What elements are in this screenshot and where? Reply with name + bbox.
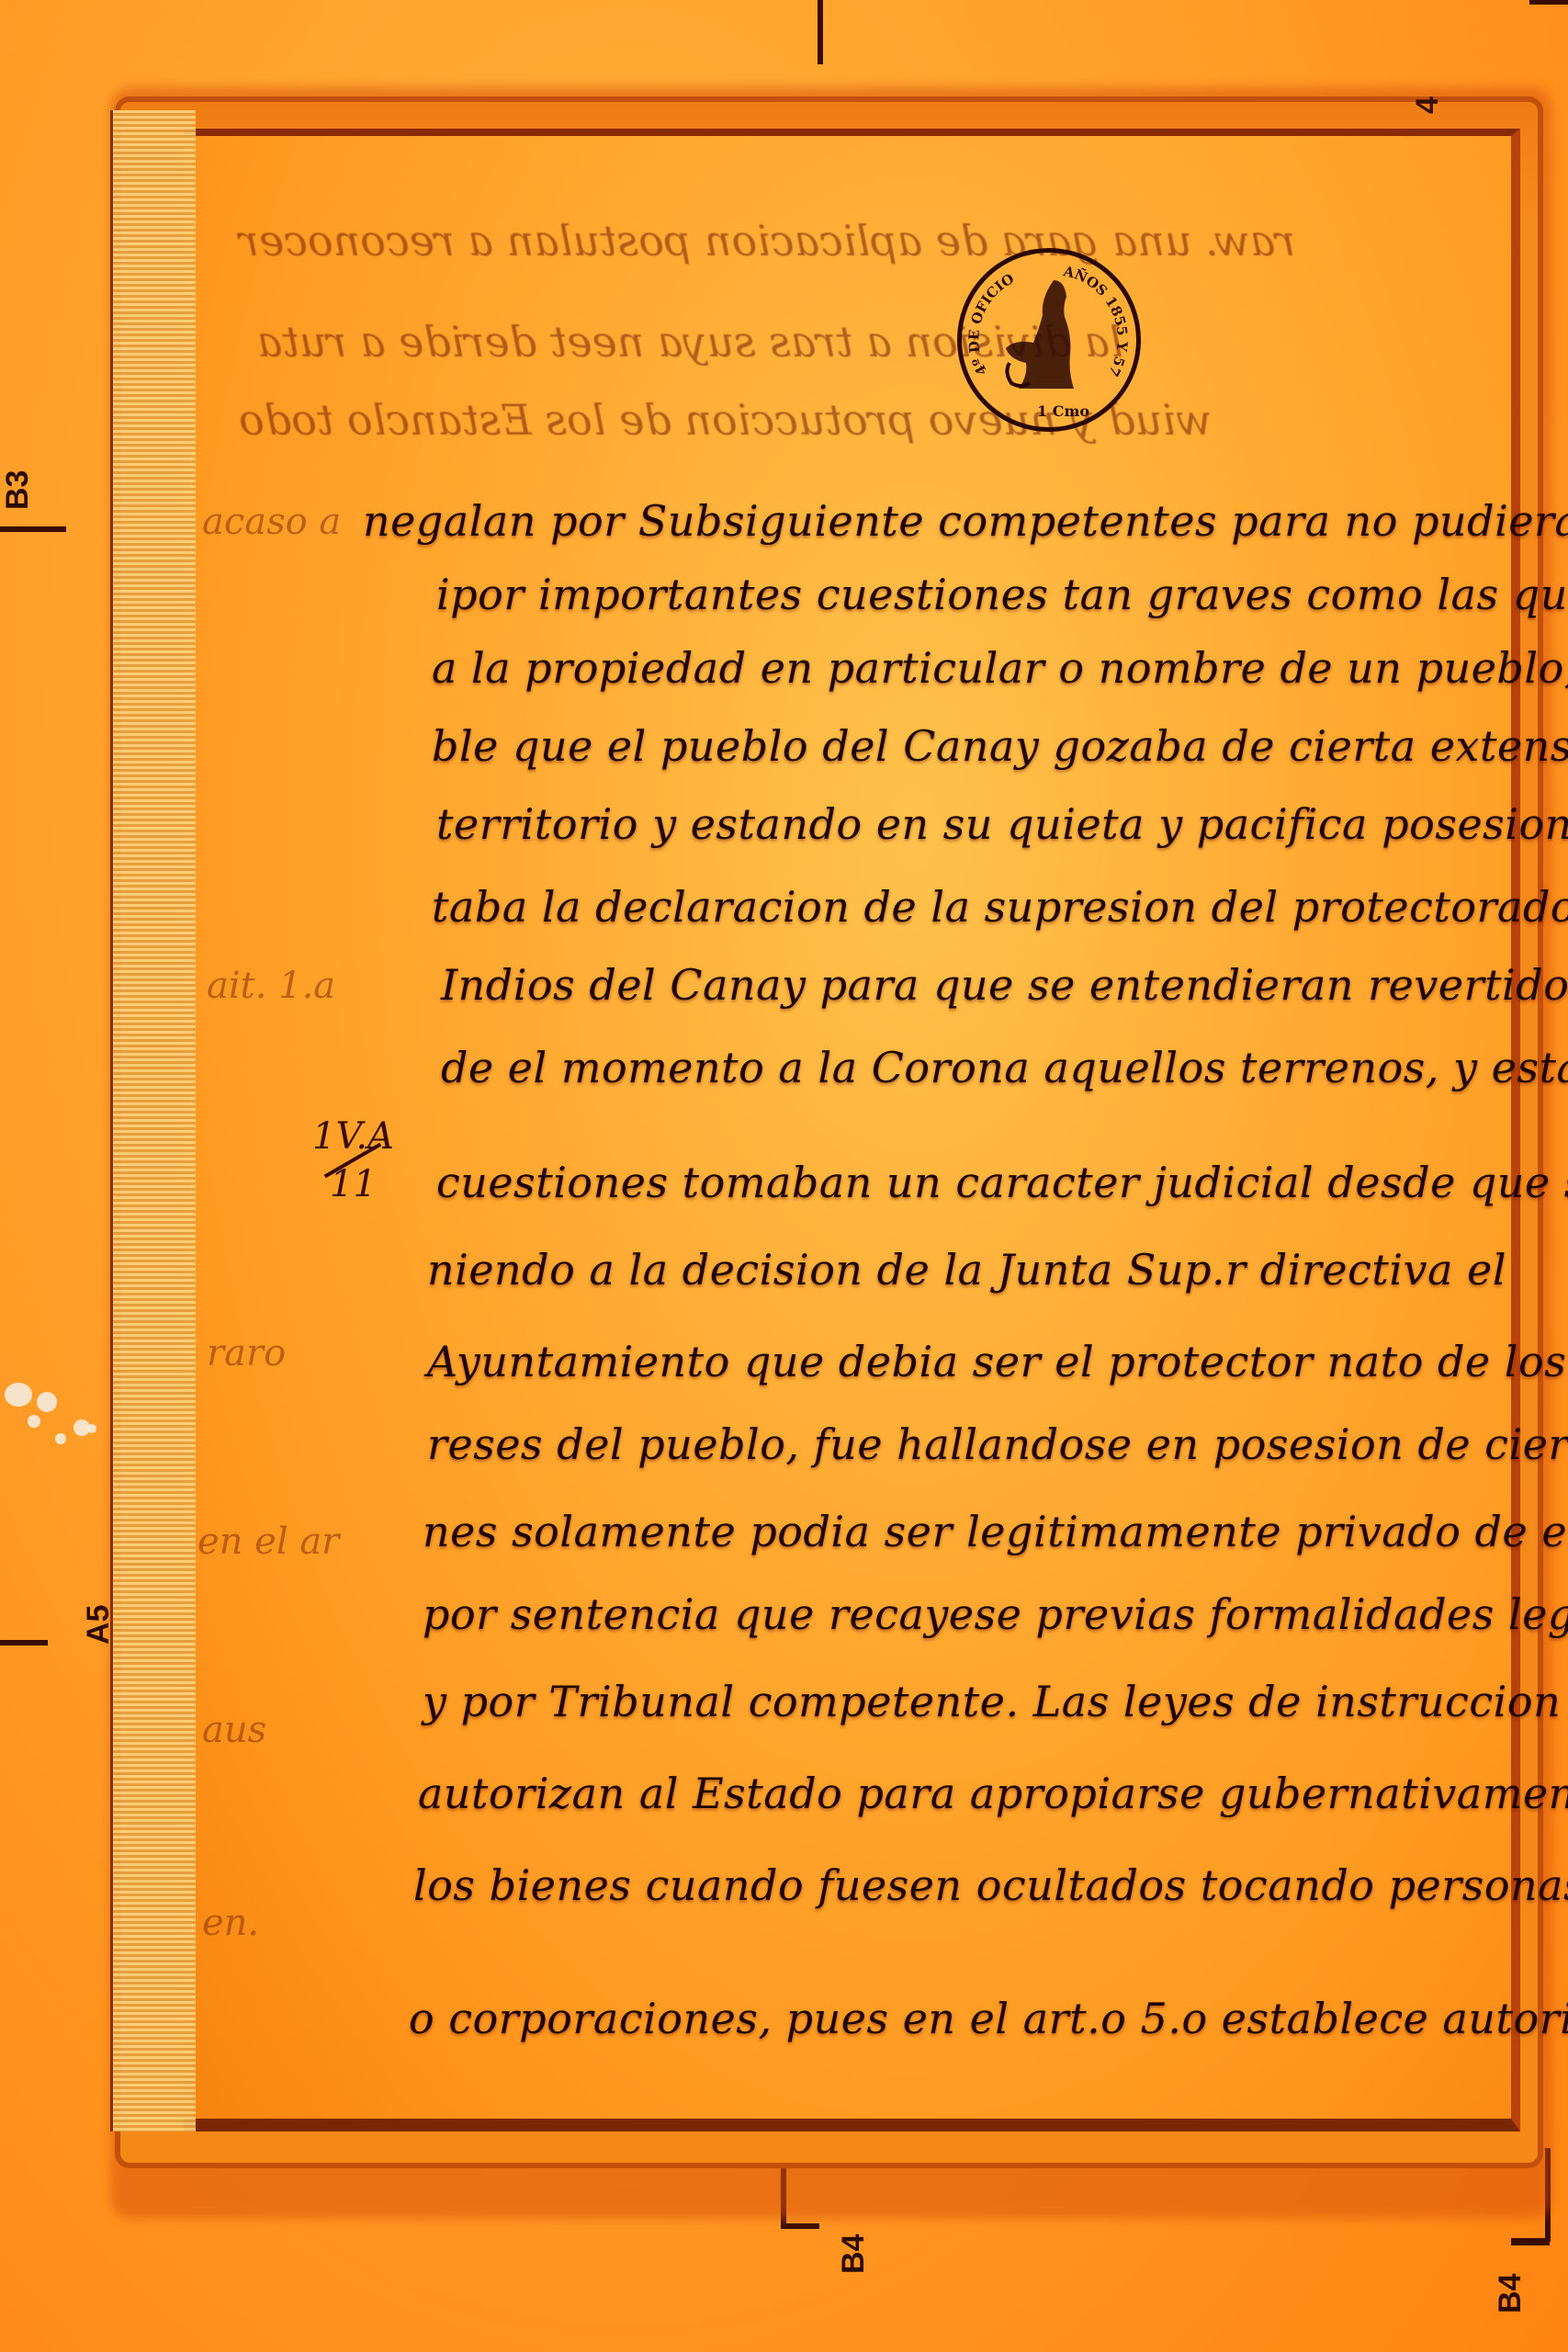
stamp-right-text: AÑOS 1855 Y 57 bbox=[1061, 263, 1131, 379]
bottom-right-corner-tick-h bbox=[1511, 2238, 1550, 2245]
bottom-right-ruler-label: B4 bbox=[1493, 2274, 1529, 2313]
manuscript-line: nes solamente podia ser legitimamente pr… bbox=[423, 1507, 1568, 1556]
left-top-ruler-label: B3 bbox=[0, 470, 36, 510]
manuscript-line: negalan por Subsiguiente competentes par… bbox=[363, 496, 1568, 546]
annotation-top: 1V.A bbox=[312, 1115, 394, 1158]
bottom-left-ruler-label: B4 bbox=[836, 2234, 872, 2274]
manuscript-line: territorio y estando en su quieta y paci… bbox=[436, 799, 1568, 849]
manuscript-line: reses del pueblo, fue hallandose en pose… bbox=[427, 1419, 1568, 1469]
manuscript-line: ble que el pueblo del Canay gozaba de ci… bbox=[432, 721, 1568, 771]
manuscript-line: o corporaciones, pues en el art.o 5.o es… bbox=[409, 1994, 1568, 2043]
seated-figure-icon: 4º DE OFICIO AÑOS 1855 Y 57 1 Cmo bbox=[962, 253, 1136, 427]
stamp-left-text: 4º DE OFICIO bbox=[965, 270, 1017, 378]
margin-ghost-text: en. bbox=[202, 1902, 259, 1944]
official-seal-stamp: 4º DE OFICIO AÑOS 1855 Y 57 1 Cmo bbox=[957, 248, 1141, 432]
svg-text:4º DE OFICIO: 4º DE OFICIO bbox=[965, 270, 1017, 378]
manuscript-line: por sentencia que recayese previas forma… bbox=[423, 1589, 1568, 1639]
left-bottom-ruler-tick bbox=[0, 1640, 48, 1645]
manuscript-line: Indios del Canay para que se entendieran… bbox=[441, 960, 1568, 1010]
margin-ghost-text: aus bbox=[202, 1709, 266, 1751]
manuscript-line: a la propiedad en particular o nombre de… bbox=[432, 643, 1568, 693]
left-top-ruler-tick bbox=[0, 526, 66, 532]
folio-number: 4 bbox=[1410, 96, 1446, 114]
bleed-through-line: raw. una gara de aplicacion postulan a r… bbox=[239, 216, 1295, 266]
manuscript-line: ipor importantes cuestiones tan graves c… bbox=[436, 570, 1568, 619]
bottom-left-corner-tick-h bbox=[781, 2223, 819, 2229]
manuscript-line: de el momento a la Corona aquellos terre… bbox=[441, 1043, 1568, 1092]
margin-ghost-text: en el ar bbox=[197, 1521, 339, 1563]
manuscript-line: taba la declaracion de la supresion del … bbox=[432, 882, 1568, 932]
manuscript-line: los bienes cuando fuesen ocultados tocan… bbox=[413, 1860, 1568, 1910]
top-right-ruler-tick bbox=[1529, 0, 1568, 5]
manuscript-line: y por Tribunal competente. Las leyes de … bbox=[423, 1677, 1568, 1726]
manuscript-line: autorizan al Estado para apropiarse gube… bbox=[418, 1769, 1568, 1818]
margin-ghost-text: acaso a bbox=[202, 501, 341, 543]
book-spine-binding bbox=[110, 110, 196, 2131]
margin-annotation: 1V.A 11 bbox=[312, 1116, 394, 1204]
manuscript-line: niendo a la decision de la Junta Sup.r d… bbox=[427, 1245, 1506, 1295]
margin-ghost-text: ait. 1.a bbox=[207, 965, 335, 1007]
top-ruler-tick bbox=[818, 0, 823, 64]
manuscript-line: cuestiones tomaban un caracter judicial … bbox=[436, 1158, 1568, 1207]
manuscript-line: Ayuntamiento que debia ser el protector … bbox=[427, 1337, 1568, 1386]
stamp-bottom-text: 1 Cmo bbox=[1037, 402, 1089, 420]
margin-ghost-text: raro bbox=[207, 1332, 286, 1374]
svg-text:AÑOS 1855 Y 57: AÑOS 1855 Y 57 bbox=[1061, 263, 1131, 379]
